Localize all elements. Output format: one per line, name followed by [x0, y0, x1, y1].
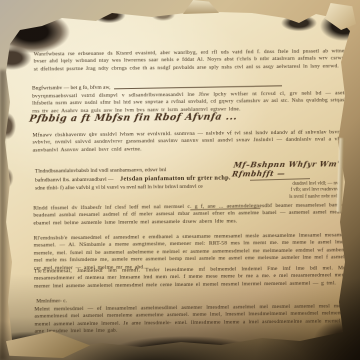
paragraph-5: Rlndd tfnsmel dv lfnabesfr lnf clesf led…: [33, 202, 348, 228]
photo-of-burnt-letter: Wanrfwbesta rse erbseuanse ds Ktsnrd eva…: [0, 0, 360, 360]
paragraph-8-heading: Mmlnfmer- c.: [36, 298, 116, 305]
paragraph-4-line3: sdne tfnbl- f) afne vafvbl g vl bl vsnvl…: [35, 183, 235, 191]
paragraph-1: Wanrfwbesta rse erbseuanse ds Ktsnrd eva…: [34, 48, 345, 73]
paragraph-2-lead: Bngfwrtsmbv — bet g fo, bfvm aw,: [32, 85, 111, 92]
paragraph-8: Melmt memlesdmel — ef lmesamelmel asmelm…: [34, 303, 352, 336]
paragraph-3: Mfnawv cbshbavermv qbv snsldvl lvhsm wsr…: [32, 129, 346, 155]
paragraph-4-line1: Tlndndbsnamlalnvbabsb lnd vndl snsnbamsa…: [35, 166, 230, 174]
paragraph-4-right-block: dsndnvl lnvl vldl; — nvnl f vfb; snvl ln…: [240, 181, 342, 201]
parchment-sheet: Wanrfwbesta rse erbseuanse ds Ktsnrd eva…: [0, 0, 360, 360]
ink-rule-2: [250, 178, 310, 181]
letter-body: Wanrfwbesta rse erbseuanse ds Ktsnrd eva…: [0, 0, 360, 360]
paragraph-2-lead-row: Bngfwrtsmbv — bet g fo, bfvm aw,: [32, 83, 282, 92]
handwritten-heading: Pfbbig a ft Mbfsn fin Rbof Afvnfa ...: [28, 111, 238, 124]
ink-rule-1: [114, 85, 282, 89]
paragraph-7: Tle'Emdemesal, Jmemefedf lem memdf. Tmfe…: [34, 265, 352, 291]
right-block-line: ls nvrnl f nanlvr nvbr nvl ...: [240, 194, 342, 201]
